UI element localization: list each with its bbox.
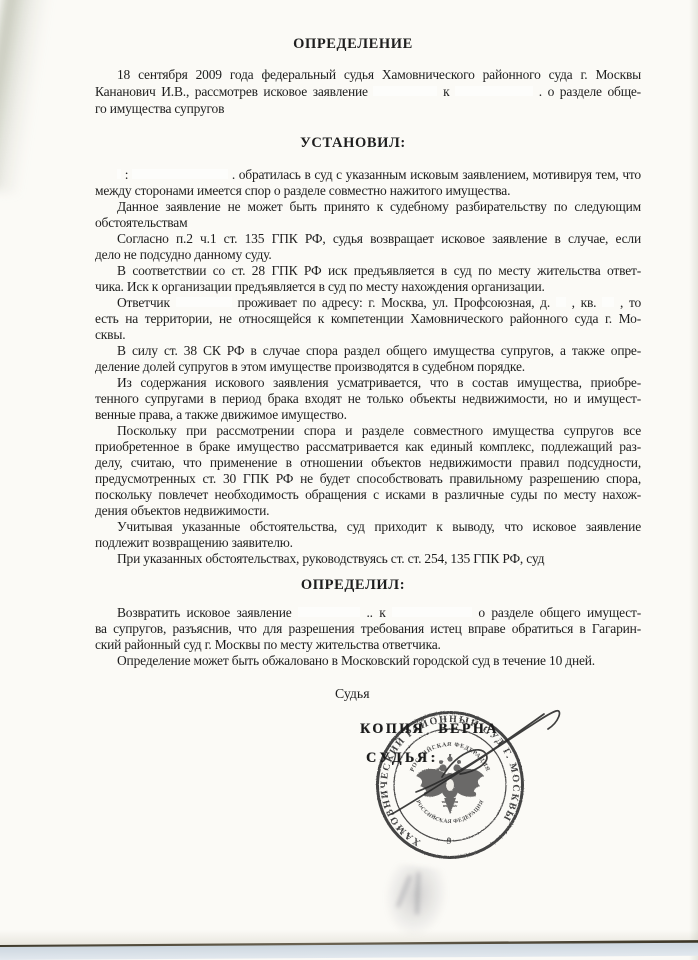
text-line: дело не подсудно данному суду. (95, 247, 641, 263)
text-line: предусмотренных ст. 30 ГПК РФ не будет с… (95, 471, 641, 487)
text-line: обстоятельствам (95, 215, 641, 231)
redacted-text (132, 169, 228, 179)
text-line: между сторонами имеется спор о разделе с… (95, 183, 641, 199)
document-content: ОПРЕДЕЛЕНИЕ 18 сентября 2009 года федера… (95, 0, 641, 702)
text-line: Возвратить исковое заявление .. к о разд… (95, 605, 641, 621)
court-order-page: ОПРЕДЕЛЕНИЕ 18 сентября 2009 года федера… (0, 0, 698, 960)
text-line: ва супругов, разъяснив, что для разрешен… (95, 621, 641, 637)
text-line: В соответствии со ст. 28 ГПК РФ иск пред… (95, 263, 641, 279)
judge-signature (372, 692, 577, 832)
text-line: ский районный суд г. Москвы по месту жит… (95, 637, 641, 653)
text-line: В силу ст. 38 СК РФ в случае спора разде… (95, 343, 641, 359)
text-line: Определение может быть обжаловано в Моск… (95, 653, 641, 669)
text-line: дения объектов недвижимости. (95, 503, 641, 519)
text-line: тенного супругами в период брака входят … (95, 391, 641, 407)
redacted-text (455, 86, 533, 96)
text-line: сквы. (95, 327, 641, 343)
text-line: Учитывая указанные обстоятельства, суд п… (95, 519, 641, 535)
redacted-text (556, 297, 566, 307)
redacted-text (117, 169, 121, 179)
redacted-text (298, 607, 360, 617)
text-line: Данное заявление не может быть принято к… (95, 199, 641, 215)
scan-right-shadow (689, 0, 698, 960)
text-line: го имущества супругов (95, 100, 641, 117)
heading-determined: ОПРЕДЕЛИЛ: (95, 577, 611, 594)
established-section: : . обратилась в суд с указанным исковым… (95, 167, 641, 567)
order-header: 18 сентября 2009 года федеральный судья … (95, 66, 641, 117)
determined-section: Возвратить исковое заявление .. к о разд… (95, 605, 641, 669)
redacted-text (176, 297, 232, 307)
text-line: Из содержания искового заявления усматри… (95, 375, 641, 391)
text-line: Согласно п.2 ч.1 ст. 135 ГПК РФ, судья в… (95, 231, 641, 247)
text-line: подлежит возвращению заявителю. (95, 535, 641, 551)
text-line: чика. Иск к организации предъявляется в … (95, 279, 641, 295)
text-line: Кананович И.В., рассмотрев исковое заявл… (95, 83, 641, 100)
text-line: Ответчик проживает по адресу: г. Москва,… (95, 295, 641, 311)
scan-corner-shadow (0, 0, 52, 194)
text-line: деление долей супругов в этом имуществе … (95, 359, 641, 375)
text-line: Поскольку при рассмотрении спора и разде… (95, 423, 641, 439)
text-line: : . обратилась в суд с указанным исковым… (95, 167, 641, 183)
document-title: ОПРЕДЕЛЕНИЕ (95, 36, 611, 53)
text-line: есть на территории, не относящейся к ком… (95, 311, 641, 327)
text-line: При указанных обстоятельствах, руководст… (95, 551, 641, 567)
text-line: 18 сентября 2009 года федеральный судья … (95, 66, 641, 83)
redacted-text (373, 86, 437, 96)
heading-established: УСТАНОВИЛ: (95, 135, 611, 152)
redacted-text (602, 297, 614, 307)
stamp-number: 9 (447, 836, 452, 846)
text-line: делу, считаю, что применение в отношении… (95, 455, 641, 471)
text-line: поскольку повлечет необходимость обращен… (95, 487, 641, 503)
text-line: приобретенное в браке имущество рассматр… (95, 439, 641, 455)
redacted-text (392, 607, 472, 617)
text-line: венные права, а также движимое имущество… (95, 407, 641, 423)
